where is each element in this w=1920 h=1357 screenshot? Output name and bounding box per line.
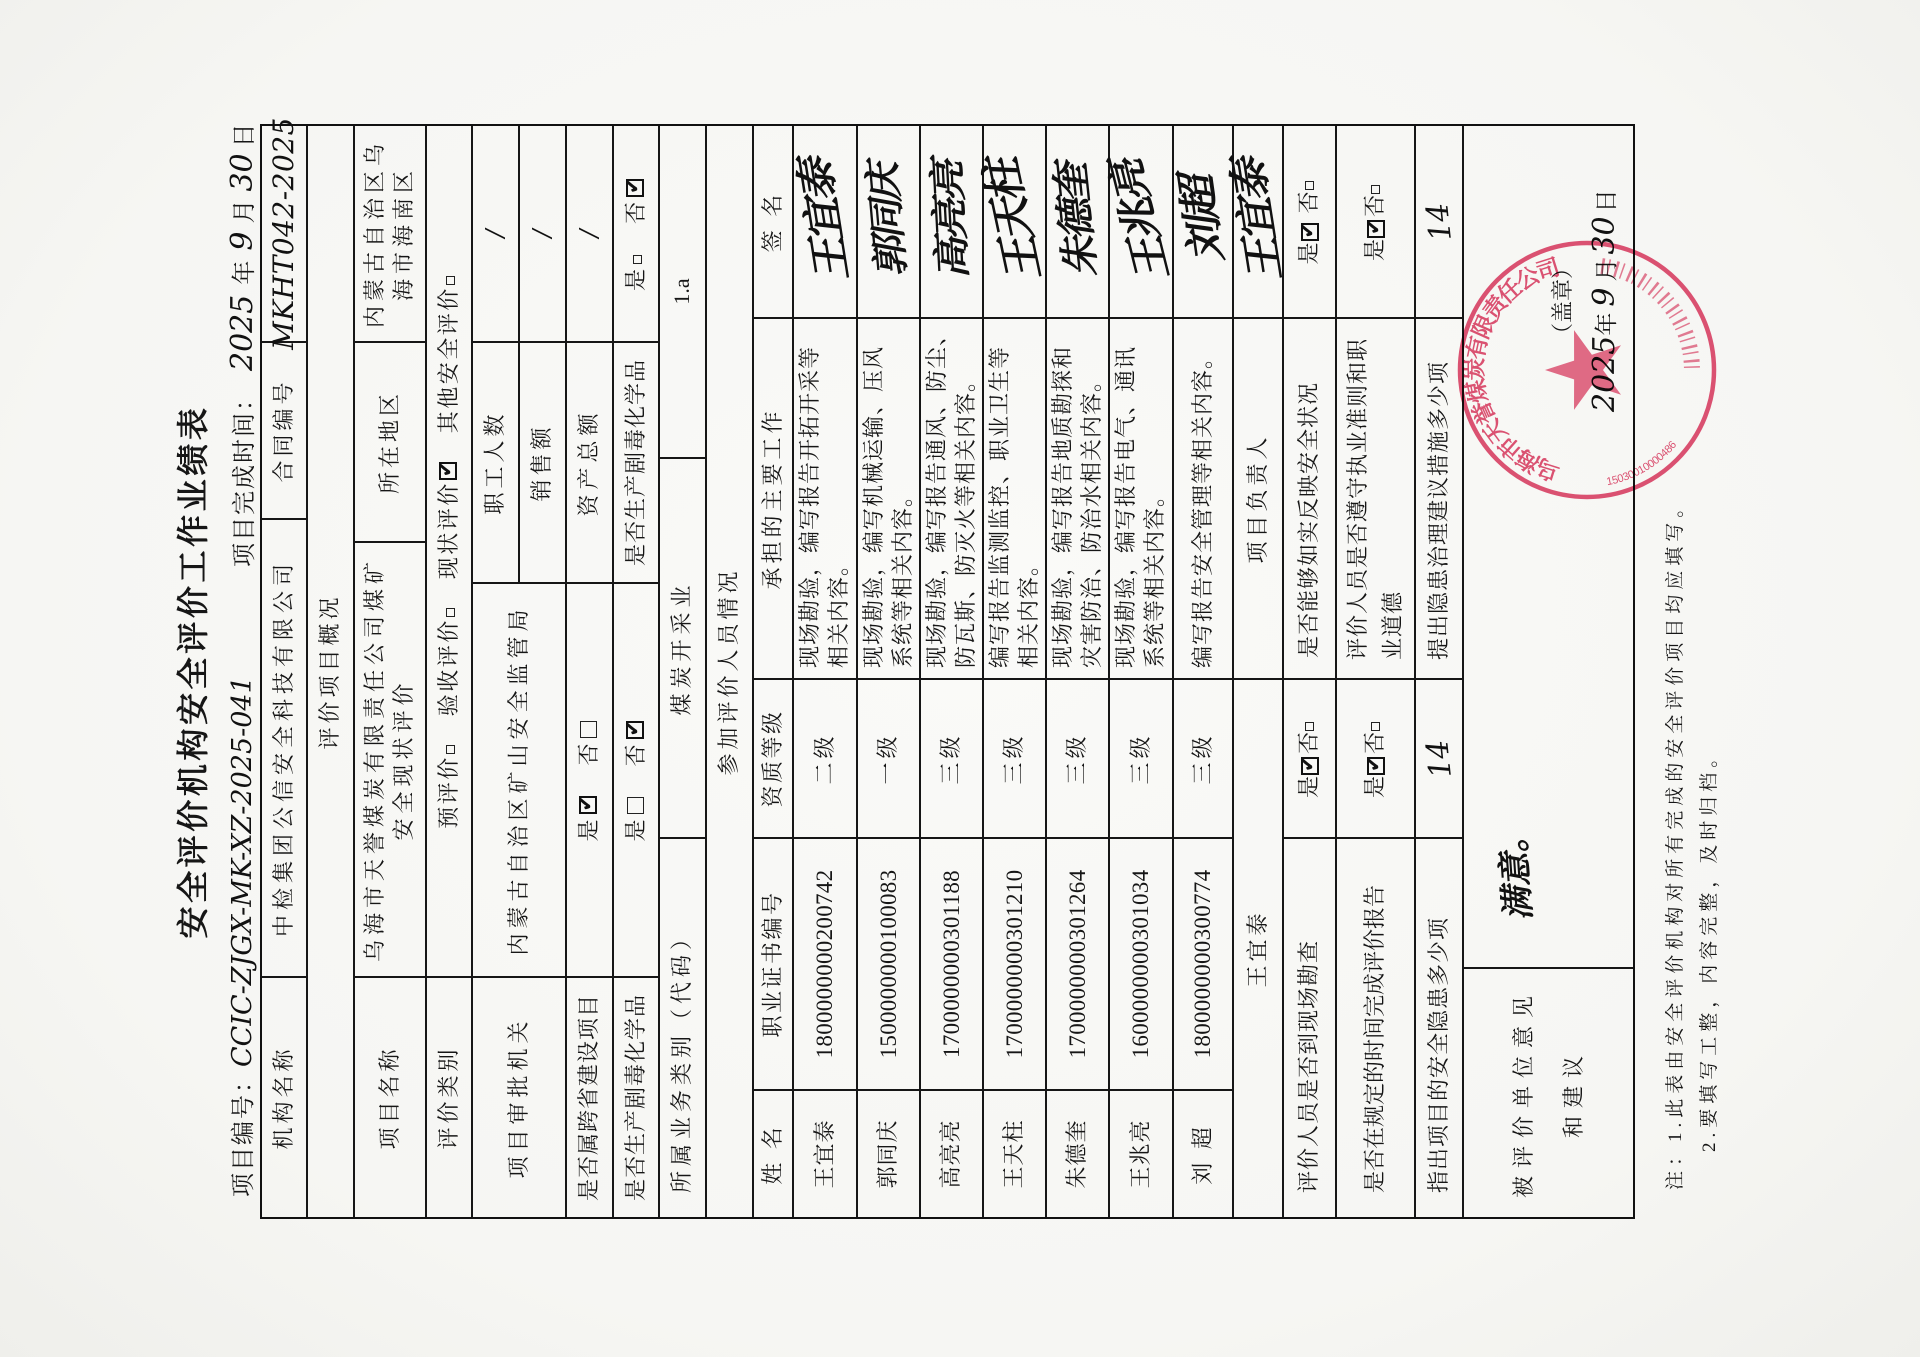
cross-province-label: 是否属跨省建设项目	[566, 977, 613, 1218]
person-name: 王宜泰	[793, 1090, 857, 1218]
hazards-found-cell: 14	[1415, 679, 1463, 838]
checkbox	[1305, 722, 1314, 731]
option-label: 是	[1295, 776, 1324, 798]
project-lead-label: 项目负责人	[1233, 318, 1283, 679]
person-level: 三级	[920, 679, 983, 838]
note-line-2: 2.要填写工整，内容完整，及时归档。	[1694, 744, 1721, 1152]
onsite-options: 是否	[1283, 679, 1336, 838]
duties-line: 相关内容。	[825, 553, 854, 668]
region-value: 内蒙古自治区乌 海市海南区	[354, 125, 426, 342]
duties-line: 系统等相关内容。	[889, 484, 918, 668]
person-signature-cell: 朱德奎	[1046, 125, 1109, 318]
checkbox	[627, 798, 644, 815]
star-icon	[1545, 330, 1621, 410]
cross-province-options: 是 否	[566, 583, 613, 977]
evaluation-type-options: 预评价 验收评价 现状评价 其他安全评价	[426, 125, 472, 977]
truthful-label: 是否能够如实反映安全状况	[1283, 318, 1336, 679]
sales-value: /	[519, 125, 566, 342]
person-name: 王兆亮	[1109, 1090, 1173, 1218]
completion-date-line: 项目完成时间：2025年9月30日	[224, 121, 264, 567]
duties-line: 灾害防治、防治水相关内容。	[1078, 369, 1107, 668]
note-item: 1.此表由安全评价机构对所有完成的安全评价项目均应填写。	[1665, 494, 1686, 1142]
completion-year: 2025	[225, 295, 260, 371]
option-no: 否	[575, 718, 604, 765]
completion-month: 9	[225, 232, 260, 251]
person-duties: 现场勘验，编写报告电气、通讯系统等相关内容。	[1109, 318, 1173, 679]
region-line: 海市海南区	[390, 166, 419, 301]
opinion-label-line: 和建议	[1549, 1048, 1599, 1138]
onsite-label: 评价人员是否到现场勘查	[1283, 838, 1336, 1218]
person-level: 二级	[793, 679, 857, 838]
person-duties: 现场勘验，编写机械运输、压风系统等相关内容。	[857, 318, 920, 679]
year-unit: 年	[232, 259, 258, 285]
duties-line: 现场勘验，编写机械运输、压风	[860, 346, 889, 668]
option-label: 否	[1361, 195, 1390, 217]
duties-line: 系统等相关内容。	[1141, 484, 1170, 668]
opinion-comment: 满意。	[1485, 817, 1541, 922]
total-assets-value: /	[566, 125, 613, 342]
approval-authority-value: 内蒙古自治区矿山安全监管局	[472, 583, 566, 977]
checkbox	[446, 608, 455, 617]
project-lead-signature-cell: 王宜泰	[1233, 125, 1283, 318]
duties-line: 现场勘验，编写报告电气、通讯	[1112, 346, 1141, 668]
seal-code-path: 15030010000486	[1605, 439, 1679, 488]
checkbox	[579, 797, 597, 815]
ethics-options: 是否	[1336, 125, 1415, 318]
person-signature-cell: 王天柱	[983, 125, 1046, 318]
personnel-section-title: 参加评价人员情况	[706, 125, 753, 1218]
option-label: 验收评价	[436, 618, 461, 716]
option-label: 是	[576, 816, 601, 842]
toxic-chemicals-options-2: 是 否	[613, 125, 659, 342]
checkbox	[626, 721, 644, 739]
opinion-label-line: 被评价单位意见	[1499, 988, 1549, 1198]
option-label: 是	[623, 265, 648, 291]
person-name: 高亮亮	[920, 1090, 983, 1218]
note-item: 2.要填写工整，内容完整，及时归档。	[1699, 744, 1720, 1152]
scanned-document-page: 安全评价机构安全评价工作业绩表 项目编号：CCIC-ZJGX-MK-XZ-202…	[0, 0, 1920, 1357]
person-level: 一级	[857, 679, 920, 838]
contract-number-value: MKHT042-2025	[266, 117, 302, 350]
person-cert: 1700000000301264	[1046, 838, 1109, 1090]
person-signature-cell: 刘超	[1173, 125, 1233, 318]
completion-date-label: 项目完成时间：	[232, 385, 258, 567]
option-label: 是	[623, 816, 648, 842]
total-assets-value-text: /	[574, 229, 605, 237]
region-label: 所在地区	[354, 342, 426, 542]
note-line-1: 注：1.此表由安全评价机构对所有完成的安全评价项目均应填写。	[1660, 494, 1687, 1190]
person-level: 三级	[1109, 679, 1173, 838]
option-status-evaluation: 现状评价	[435, 459, 464, 579]
person-cert: 1700000000301210	[983, 838, 1046, 1090]
project-name-line: 安全现状评价	[390, 679, 419, 841]
option-label: 否	[623, 198, 648, 224]
project-number-line: 项目编号：CCIC-ZJGX-MK-XZ-2025-041	[224, 676, 263, 1197]
handwritten-signature: 王天柱	[975, 157, 1054, 287]
option-no: 否	[622, 176, 651, 224]
employees-value: /	[472, 125, 519, 342]
checkbox	[446, 276, 455, 285]
header-cert: 职业证书编号	[753, 838, 793, 1090]
duties-line: 现场勘验，编写报告开拓开采等	[796, 346, 825, 668]
contract-number-cell: MKHT042-2025	[261, 125, 307, 342]
toxic-chemicals-options: 是 否	[613, 583, 659, 977]
option-yes: 是	[622, 252, 651, 291]
person-signature-cell: 王宜泰	[793, 125, 857, 318]
project-lead-name: 王宜泰	[1233, 679, 1283, 1218]
header-level: 资质等级	[753, 679, 793, 838]
person-signature-cell: 高亮亮	[920, 125, 983, 318]
person-name: 刘 超	[1173, 1090, 1233, 1218]
person-name: 郭同庆	[857, 1090, 920, 1218]
business-category-value: 煤炭开采业	[659, 458, 706, 838]
duties-line: 防瓦斯、防灭火等相关内容。	[952, 369, 981, 668]
duties-line: 相关内容。	[1015, 553, 1044, 668]
performance-form-sheet: 安全评价机构安全评价工作业绩表 项目编号：CCIC-ZJGX-MK-XZ-202…	[0, 0, 1920, 1357]
header-duties: 承担的主要工作	[753, 318, 793, 679]
person-level: 三级	[983, 679, 1046, 838]
option-acceptance-evaluation: 验收评价	[435, 605, 464, 716]
header-name: 姓 名	[753, 1090, 793, 1218]
header-signature: 签 名	[753, 125, 793, 318]
duties-line: 现场勘验，编写报告地质勘探和	[1049, 346, 1078, 668]
person-cert: 1700000000301188	[920, 838, 983, 1090]
person-duties: 编写报告安全管理等相关内容。	[1173, 318, 1233, 679]
person-signature-cell: 王兆亮	[1109, 125, 1173, 318]
checkbox	[626, 179, 644, 197]
note-prefix: 注：	[1665, 1142, 1686, 1190]
seal-code: 15030010000486	[1605, 439, 1679, 488]
project-name-label: 项目名称	[354, 977, 426, 1218]
checkbox	[633, 255, 642, 264]
person-duties: 现场勘验，编写报告通风、防尘、防瓦斯、防灭火等相关内容。	[920, 318, 983, 679]
handwritten-signature: 王兆亮	[1101, 156, 1182, 286]
person-cert: 1800000000200742	[793, 838, 857, 1090]
option-label: 否	[1361, 732, 1390, 754]
checkbox	[1367, 220, 1385, 238]
month-unit: 月	[232, 198, 258, 224]
sales-value-text: /	[527, 229, 558, 237]
business-category-label: 所属业务类别（代码）	[659, 838, 706, 1218]
person-level: 三级	[1173, 679, 1233, 838]
option-label: 否	[1295, 732, 1324, 754]
checkbox	[1301, 224, 1319, 242]
option-label: 否	[1295, 191, 1324, 213]
org-name-label: 机构名称	[261, 977, 307, 1218]
project-number-value: CCIC-ZJGX-MK-XZ-2025-041	[227, 676, 258, 1067]
project-number-label: 项目编号：	[231, 1067, 257, 1197]
option-label: 其他安全评价	[436, 286, 461, 433]
total-assets-label: 资产总额	[566, 342, 613, 583]
form-title: 安全评价机构安全评价工作业绩表	[168, 125, 214, 1218]
sales-label: 销售额	[519, 342, 566, 583]
duties-line: 编写报告安全管理等相关内容。	[1189, 346, 1218, 668]
option-label: 是	[1295, 243, 1324, 265]
project-name-line: 乌海市天誉煤炭有限责任公司煤矿	[361, 557, 390, 962]
handwritten-signature: 王宜泰	[789, 158, 860, 286]
checkbox	[446, 745, 455, 754]
person-cert: 1500000000100083	[857, 838, 920, 1090]
ethics-label-line: 评价人员是否遵守执业准则和职	[1341, 338, 1375, 660]
option-no: 否	[622, 718, 651, 766]
person-duties: 现场勘验，编写报告地质勘探和灾害防治、防治水相关内容。	[1046, 318, 1109, 679]
checkbox	[1301, 757, 1319, 775]
ethics-label-line: 业道德	[1376, 591, 1410, 660]
day-unit: 日	[1594, 189, 1619, 212]
org-name-value: 中检集团公信安全科技有限公司	[261, 519, 307, 977]
official-seal-stamp: 乌海市天誉煤炭有限责任公司 15030010000486	[1452, 235, 1722, 505]
employees-label: 职工人数	[472, 342, 519, 583]
person-level: 三级	[1046, 679, 1109, 838]
person-cert: 1600000000301034	[1109, 838, 1173, 1090]
option-label: 预评价	[436, 755, 461, 829]
option-label: 否	[623, 740, 648, 766]
on-time-options: 是否	[1336, 679, 1415, 838]
hazards-found-label: 指出项目的安全隐患多少项	[1415, 838, 1463, 1218]
option-label: 是	[1361, 239, 1390, 261]
option-pre-evaluation: 预评价	[435, 742, 464, 829]
checkbox	[439, 462, 457, 480]
truthful-options: 是否	[1283, 125, 1336, 318]
person-name: 朱德奎	[1046, 1090, 1109, 1218]
option-other-evaluation: 其他安全评价	[435, 273, 464, 433]
hazards-found-value: 14	[1418, 737, 1461, 779]
contract-number-label: 合同编号	[261, 342, 307, 519]
option-label: 否	[576, 739, 601, 765]
business-category-code: 1.a	[659, 125, 706, 458]
checkbox	[580, 721, 597, 738]
option-label: 现状评价	[436, 481, 461, 579]
approval-authority-label: 项目审批机关	[472, 977, 566, 1218]
duties-line: 编写报告监测监控、职业卫生等	[986, 346, 1015, 668]
on-time-label: 是否在规定的时间完成评价报告	[1336, 838, 1415, 1218]
checkbox	[1305, 181, 1314, 190]
option-yes: 是	[622, 795, 651, 842]
person-name: 王天柱	[983, 1090, 1046, 1218]
project-name-value: 乌海市天誉煤炭有限责任公司煤矿 安全现状评价	[354, 542, 426, 977]
overview-section-title: 评价项目概况	[307, 125, 354, 1218]
opinion-label: 被评价单位意见 和建议	[1463, 968, 1634, 1218]
handwritten-signature: 朱德奎	[1046, 163, 1108, 279]
toxic-chemicals-label: 是否生产剧毒化学品	[613, 977, 659, 1218]
handwritten-signature: 高亮亮	[924, 162, 979, 281]
region-line: 内蒙古自治区乌	[361, 139, 390, 328]
employees-value-text: /	[480, 229, 511, 237]
person-signature-cell: 郭同庆	[857, 125, 920, 318]
checkbox	[1371, 185, 1380, 194]
handwritten-signature: 郭同庆	[859, 164, 917, 279]
day-unit: 日	[232, 121, 258, 147]
toxic-chemicals-label-2: 是否生产剧毒化学品	[613, 342, 659, 583]
person-duties: 编写报告监测监控、职业卫生等相关内容。	[983, 318, 1046, 679]
evaluation-type-label: 评价类别	[426, 977, 472, 1218]
person-duties: 现场勘验，编写报告开拓开采等相关内容。	[793, 318, 857, 679]
duties-line: 现场勘验，编写报告通风、防尘、	[923, 323, 952, 668]
checkbox	[1367, 757, 1385, 775]
ethics-label: 评价人员是否遵守执业准则和职业道德	[1336, 318, 1415, 679]
option-yes: 是	[575, 794, 604, 842]
person-cert: 1800000000300774	[1173, 838, 1233, 1090]
checkbox	[1371, 722, 1380, 731]
completion-day: 30	[225, 153, 260, 191]
option-label: 是	[1361, 776, 1390, 798]
